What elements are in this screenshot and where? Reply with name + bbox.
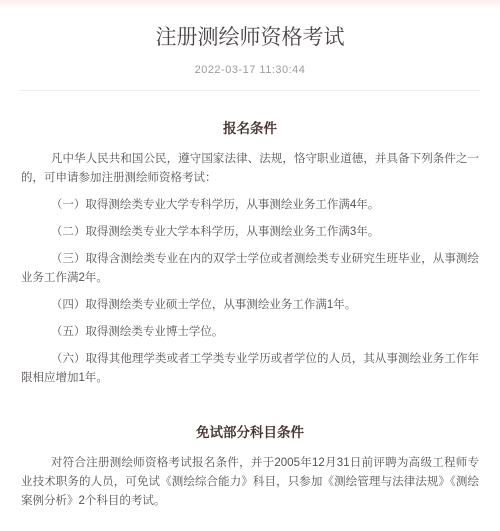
section-heading-registration-conditions: 报名条件 [21,120,479,138]
condition-item-6: （六）取得其他理学类或者工学类专业学历或者学位的人员，其从事测绘业务工作年限相应… [21,350,479,388]
exemption-paragraph: 对符合注册测绘师资格考试报名条件，并于2005年12月31日前评聘为高级工程师专… [21,454,479,511]
section-heading-exemption-conditions: 免试部分科目条件 [21,424,479,442]
article-page: 注册测绘师资格考试 2022-03-17 11:30:44 报名条件 凡中华人民… [0,0,500,531]
condition-item-5: （五）取得测绘类专业博士学位。 [21,323,479,342]
condition-item-3: （三）取得含测绘类专业在内的双学士学位或者测绘类专业研究生班毕业，从事测绘业务工… [21,250,479,288]
page-title: 注册测绘师资格考试 [0,24,500,51]
registration-intro-paragraph: 凡中华人民共和国公民，遵守国家法律、法规，恪守职业道德，并具备下列条件之一的，可… [21,150,479,188]
condition-item-1: （一）取得测绘类专业大学专科学历，从事测绘业务工作满4年。 [21,196,479,215]
top-accent-band [0,0,500,8]
header-divider [20,90,480,91]
condition-item-2: （二）取得测绘类专业大学本科学历，从事测绘业务工作满3年。 [21,223,479,242]
article-body: 报名条件 凡中华人民共和国公民，遵守国家法律、法规，恪守职业道德，并具备下列条件… [0,120,500,531]
publish-timestamp: 2022-03-17 11:30:44 [0,63,500,77]
condition-item-4: （四）取得测绘类专业硕士学位，从事测绘业务工作满1年。 [21,296,479,315]
